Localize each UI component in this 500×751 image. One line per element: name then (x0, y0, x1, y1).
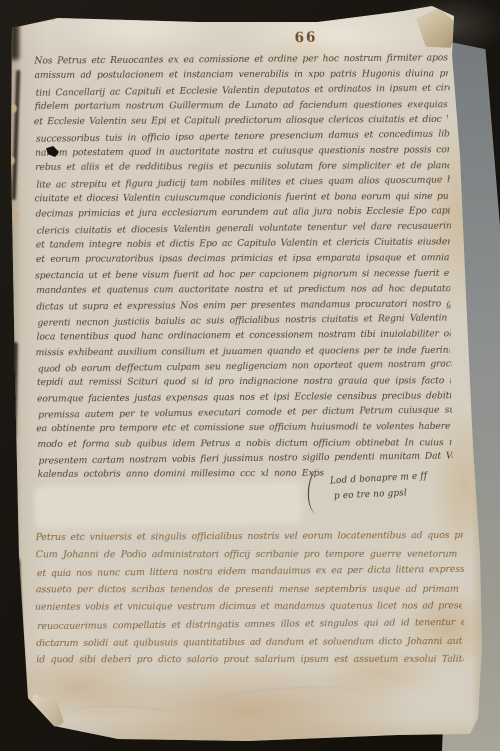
binding-gutter (10, 16, 19, 60)
manuscript-line: assueto per dictos scribas tenendos de p… (36, 580, 463, 598)
manuscript-line: dictarum solidi aut quibusuis quantitati… (36, 632, 463, 652)
manuscript-line: et eorum procuratoribus ipsas decimas pr… (36, 251, 450, 268)
subscription-line: Lod d bonapre m e ff (330, 471, 428, 486)
manuscript-line: ciuitate et diocesi Valentin cuiuscumque… (34, 189, 448, 207)
manuscript-line: id quod sibi deberi pro dicto salario pr… (36, 651, 463, 669)
sewing-thread (7, 3, 59, 26)
erased-patch (34, 481, 303, 529)
sewing-thread-knot (8, 156, 15, 165)
binding-crevice (14, 558, 24, 676)
paper-wrinkle (68, 703, 189, 730)
manuscript-line: et quia nos nunc cum littera nostra eide… (37, 561, 464, 583)
bracket-curve-icon (306, 467, 330, 514)
manuscript-line: tepidi aut remissi Scituri quod si id pr… (37, 373, 451, 390)
entry2-block: Petrus etc vniuersis et singulis officia… (36, 527, 464, 670)
manuscript-photo: 66 Nos Petrus etc Reuocantes ex ea comis… (0, 0, 500, 751)
notarial-subscription: Lod d bonapre m e ff p eo tre no gpsl (308, 466, 456, 518)
binding-crevice (12, 70, 21, 200)
binding-crevice (11, 342, 18, 438)
entry1-block: Nos Petrus etc Reuocantes ex ea comissio… (34, 50, 451, 483)
manuscript-line: mandantes et quatenus cum auctoritate no… (36, 281, 450, 298)
subscription-line: p eo tre no gpsl (334, 488, 407, 501)
manuscript-page: 66 Nos Petrus etc Reuocantes ex ea comis… (8, 6, 484, 746)
gutter-tear (30, 694, 64, 734)
paper-wrinkle (197, 682, 368, 721)
manuscript-line: Petrus etc vniuersis et singulis officia… (36, 527, 463, 547)
manuscript-line: ea obtinente pro tempore etc et comissio… (36, 419, 450, 437)
folio-number: 66 (286, 29, 327, 46)
sewing-thread-knot (10, 104, 17, 113)
sewing-thread-knot (12, 210, 19, 219)
